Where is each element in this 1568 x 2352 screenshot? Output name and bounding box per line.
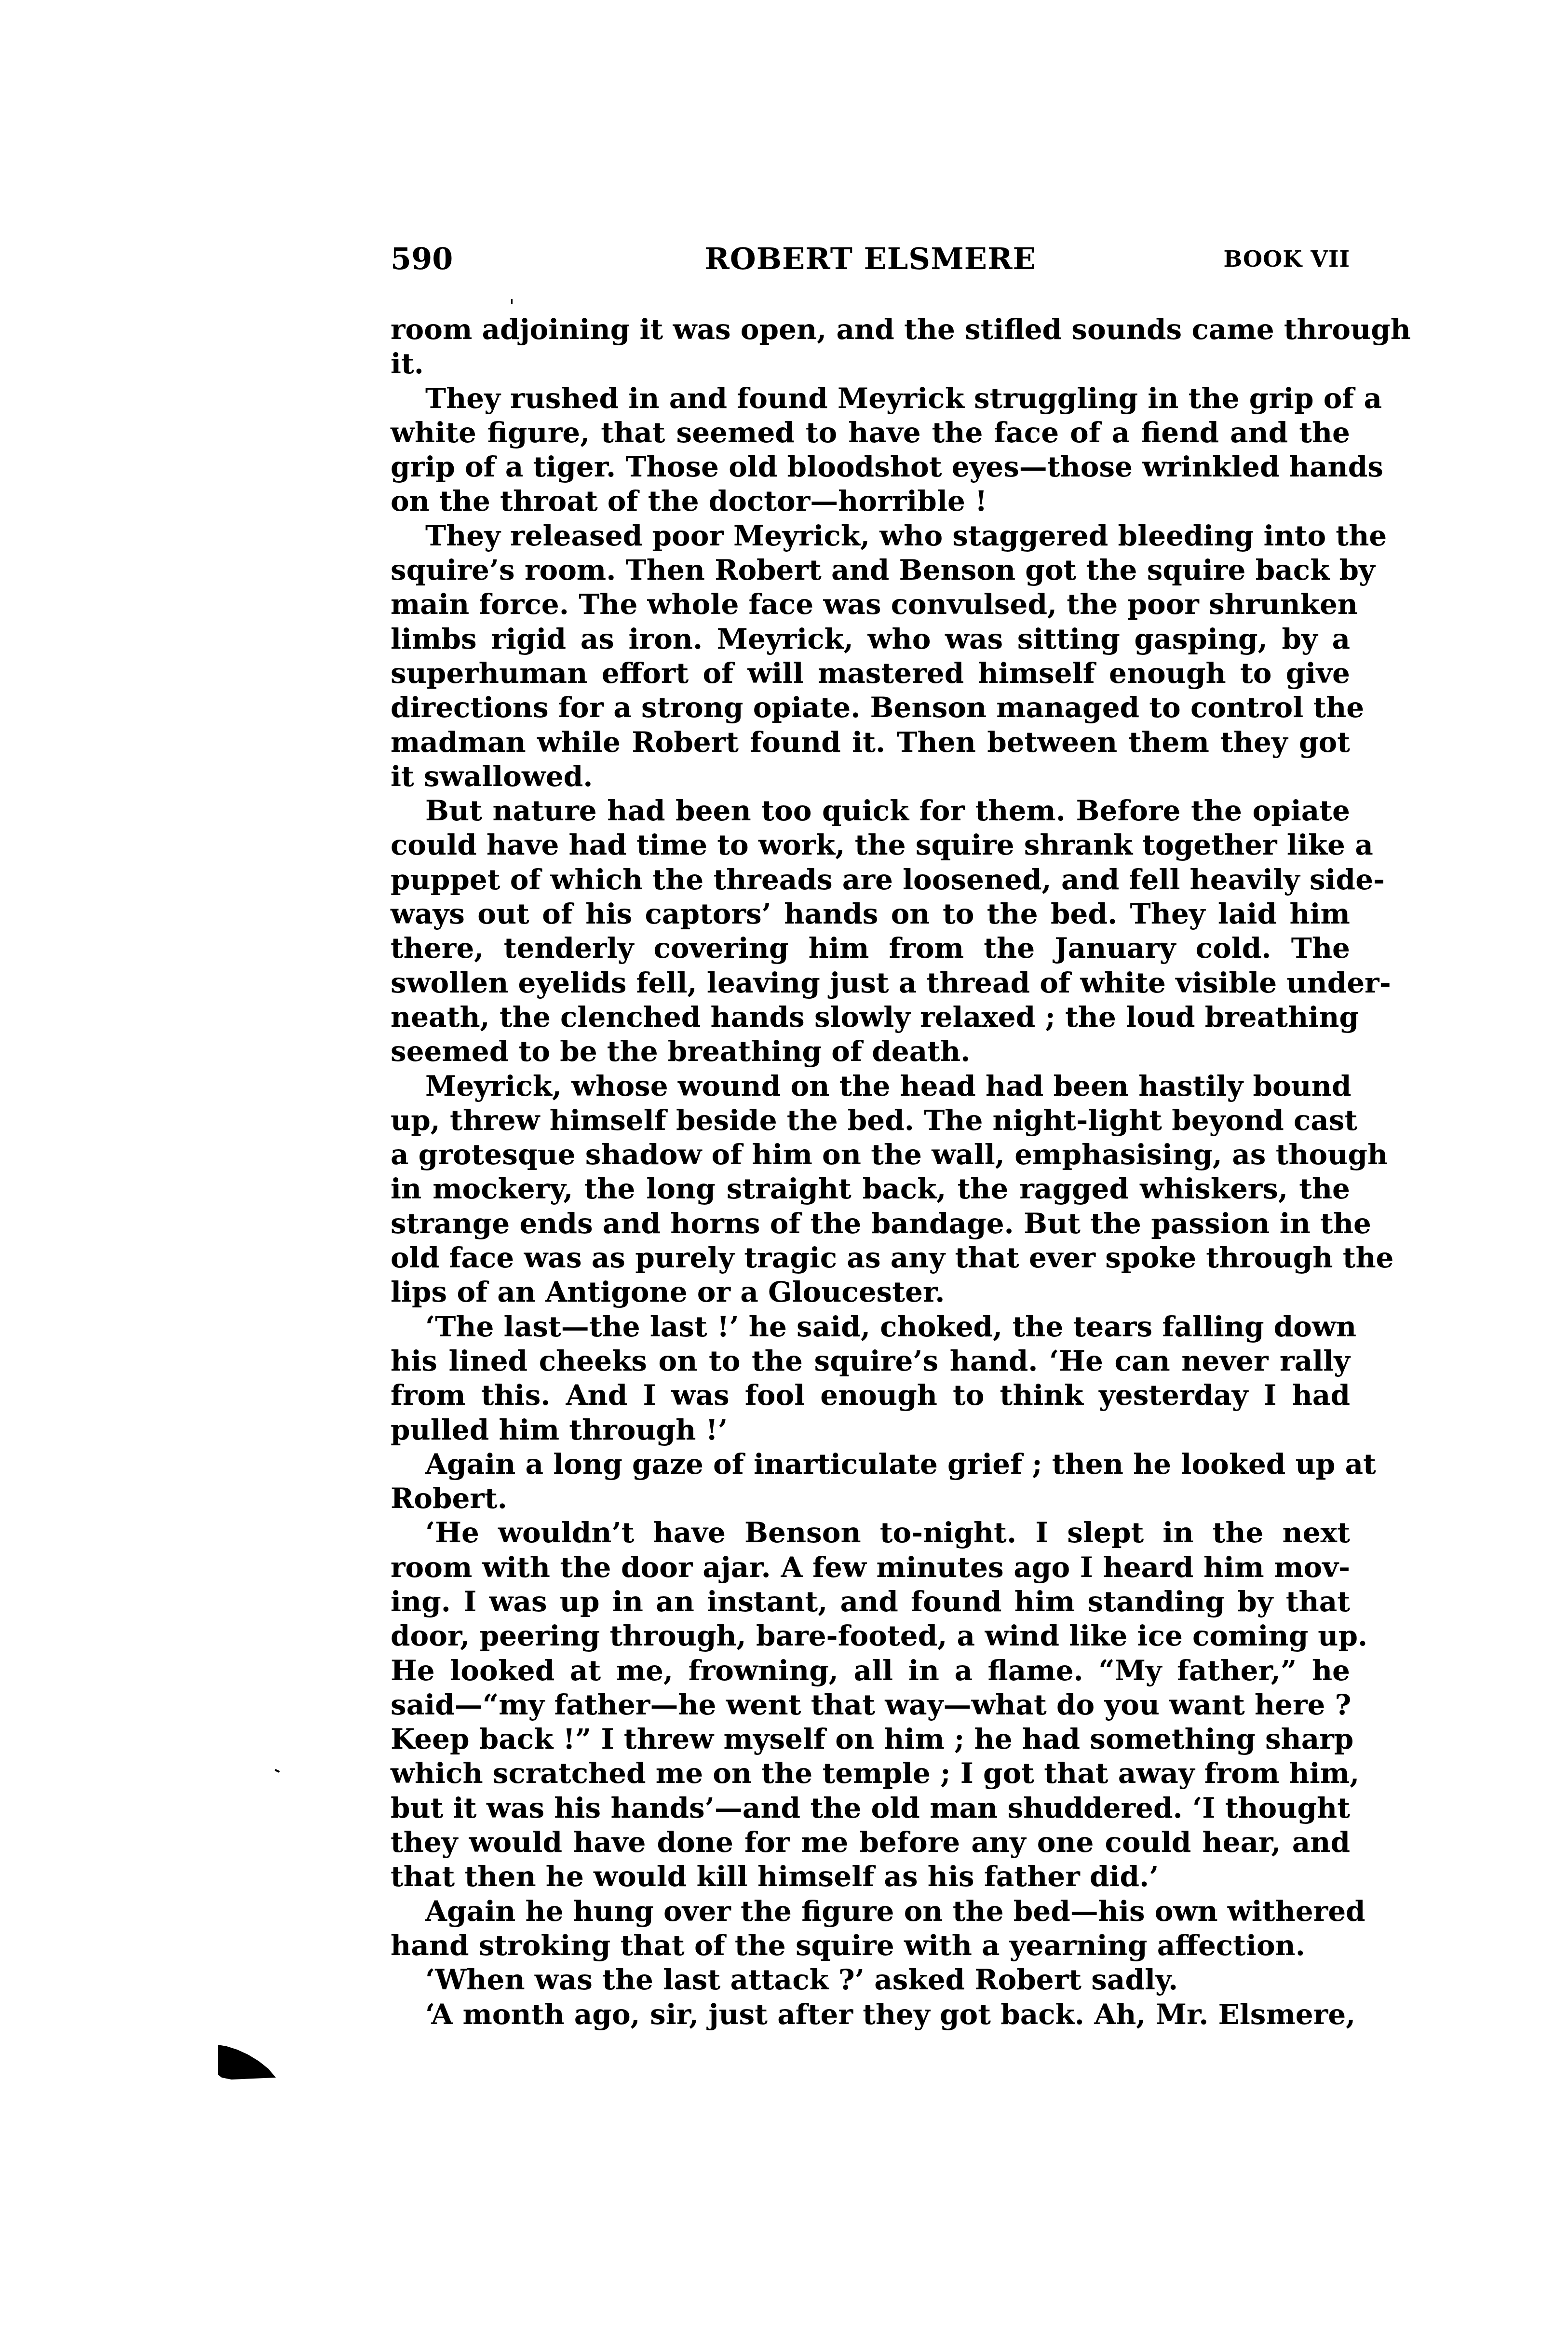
text-line: his lined cheeks on to the squire’s hand… — [391, 1344, 1350, 1378]
text-line: a grotesque shadow of him on the wall, e… — [391, 1138, 1350, 1172]
text-line: directions for a strong opiate. Benson m… — [391, 691, 1350, 725]
continuation-arrow-icon — [218, 2045, 276, 2080]
text-line: puppet of which the threads are loosened… — [391, 863, 1350, 897]
text-line: door, peering through, bare-footed, a wi… — [391, 1619, 1350, 1653]
text-line: They rushed in and found Meyrick struggl… — [391, 381, 1350, 416]
text-line: it. — [391, 347, 1350, 381]
text-line: from this. And I was fool enough to thin… — [391, 1378, 1350, 1413]
text-line: strange ends and horns of the bandage. B… — [391, 1207, 1350, 1241]
text-line: limbs rigid as iron. Meyrick, who was si… — [391, 622, 1350, 656]
text-line: grip of a tiger. Those old bloodshot eye… — [391, 450, 1350, 484]
running-head: 590 ROBERT ELSMERE BOOK VII — [391, 241, 1350, 280]
text-line: He looked at me, frowning, all in a flam… — [391, 1654, 1350, 1688]
text-line: up, threw himself beside the bed. The ni… — [391, 1103, 1350, 1138]
text-line: it swallowed. — [391, 760, 1350, 794]
text-line: room with the door ajar. A few minutes a… — [391, 1550, 1350, 1585]
text-line: Again a long gaze of inarticulate grief … — [391, 1447, 1350, 1482]
text-line: lips of an Antigone or a Gloucester. — [391, 1275, 1350, 1309]
book-section: BOOK VII — [1223, 246, 1350, 272]
text-line: seemed to be the breathing of death. — [391, 1034, 1350, 1069]
text-line: that then he would kill himself as his f… — [391, 1860, 1350, 1894]
text-line: said—“my father—he went that way—what do… — [391, 1688, 1350, 1722]
book-page: 590 ROBERT ELSMERE BOOK VII room adjoini… — [0, 0, 1568, 2352]
text-line: neath, the clenched hands slowly relaxed… — [391, 1000, 1350, 1034]
text-line: pulled him through !’ — [391, 1413, 1350, 1447]
text-line: Robert. — [391, 1482, 1350, 1516]
text-line: but it was his hands’—and the old man sh… — [391, 1791, 1350, 1825]
text-line: there, tenderly covering him from the Ja… — [391, 931, 1350, 965]
text-line: ways out of his captors’ hands on to the… — [391, 897, 1350, 931]
text-line: Keep back !” I threw myself on him ; he … — [391, 1722, 1350, 1756]
text-line: ‘A month ago, sir, just after they got b… — [391, 1998, 1350, 2032]
text-line: could have had time to work, the squire … — [391, 828, 1350, 862]
text-line: in mockery, the long straight back, the … — [391, 1172, 1350, 1206]
text-line: ing. I was up in an instant, and found h… — [391, 1585, 1350, 1619]
text-line: But nature had been too quick for them. … — [391, 794, 1350, 828]
text-line: They released poor Meyrick, who staggere… — [391, 519, 1350, 553]
text-line: squire’s room. Then Robert and Benson go… — [391, 553, 1350, 587]
text-line: Meyrick, whose wound on the head had bee… — [391, 1069, 1350, 1103]
text-line: old face was as purely tragic as any tha… — [391, 1241, 1350, 1275]
text-line: hand stroking that of the squire with a … — [391, 1929, 1350, 1963]
print-speck — [511, 299, 513, 304]
text-line: Again he hung over the figure on the bed… — [391, 1894, 1350, 1929]
text-line: they would have done for me before any o… — [391, 1825, 1350, 1860]
text-line: swollen eyelids fell, leaving just a thr… — [391, 966, 1350, 1000]
text-line: ‘When was the last attack ?’ asked Rober… — [391, 1963, 1350, 1997]
text-line: room adjoining it was open, and the stif… — [391, 313, 1350, 347]
text-line: which scratched me on the temple ; I got… — [391, 1756, 1350, 1791]
text-line: ‘He wouldn’t have Benson to-night. I sle… — [391, 1516, 1350, 1550]
text-line: ‘The last—the last !’ he said, choked, t… — [391, 1310, 1350, 1344]
text-line: superhuman effort of will mastered himse… — [391, 656, 1350, 691]
text-line: main force. The whole face was convulsed… — [391, 587, 1350, 622]
margin-mark — [275, 1769, 280, 1773]
text-line: madman while Robert found it. Then betwe… — [391, 725, 1350, 760]
text-line: white figure, that seemed to have the fa… — [391, 416, 1350, 450]
book-title: ROBERT ELSMERE — [391, 241, 1350, 276]
text-line: on the throat of the doctor—horrible ! — [391, 484, 1350, 518]
body-text: room adjoining it was open, and the stif… — [391, 313, 1350, 2032]
